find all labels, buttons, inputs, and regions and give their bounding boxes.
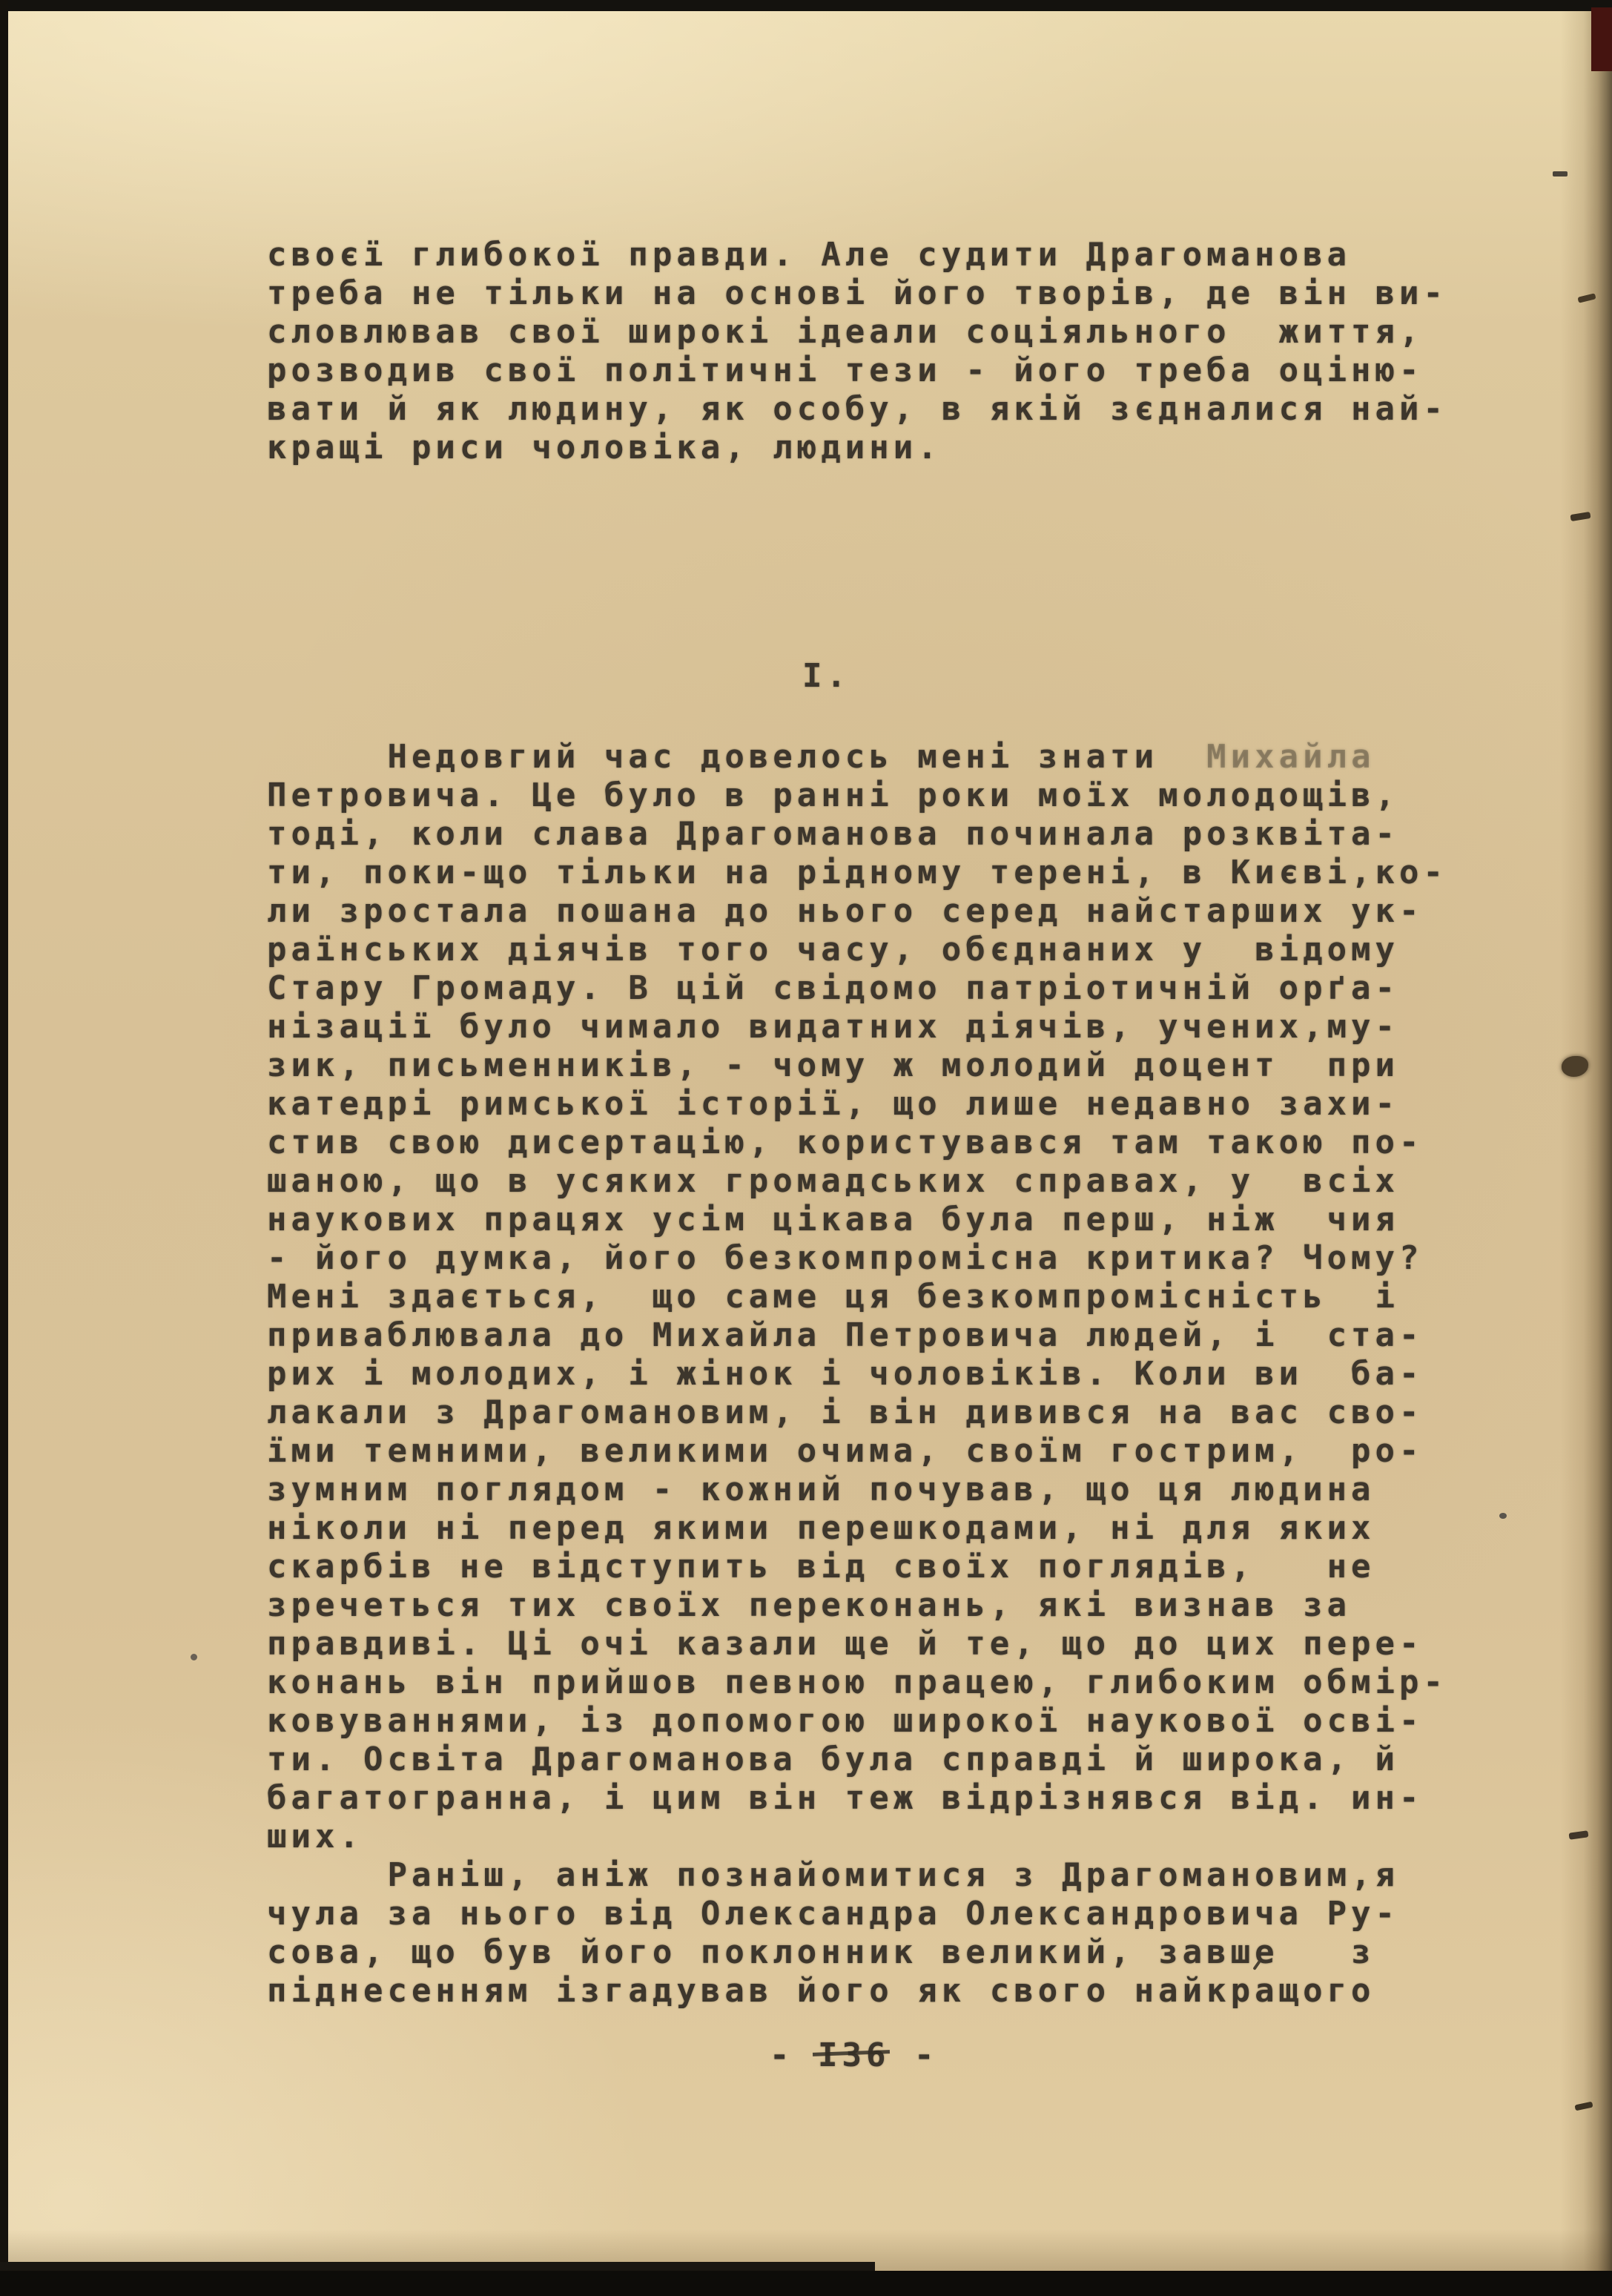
- text-line: сова, що був його поклонник великий, зав…: [267, 1933, 1399, 1972]
- scan-border-bottom: [0, 2271, 1612, 2296]
- text-line: треба не тільки на основі його творів, д…: [267, 274, 1447, 313]
- text-line: Раніш, аніж познайомитися з Драгомановим…: [267, 1856, 1399, 1895]
- text-line: ніколи ні перед якими перешкодами, ні дл…: [267, 1509, 1447, 1548]
- text-line: розводив свої політичні тези - його треб…: [267, 352, 1447, 390]
- section-heading: І.: [802, 657, 850, 696]
- paragraph-3: Раніш, аніж познайомитися з Драгомановим…: [267, 1856, 1399, 2010]
- margin-dash-artifact: [1553, 171, 1568, 177]
- text-line: багатогранна, і цим він теж відрізнявся …: [267, 1779, 1447, 1818]
- scan-border-left: [0, 0, 8, 2296]
- paper-speck: [1499, 1513, 1507, 1519]
- text-line: зумним поглядом - кожний почував, що ця …: [267, 1471, 1447, 1509]
- binding-corner: [1591, 7, 1612, 71]
- text-line: зик, письменників, - чому ж молодий доце…: [267, 1046, 1447, 1085]
- text-line: вати й як людину, як особу, в якій зєдна…: [267, 390, 1447, 429]
- paragraph-2: Недовгий час довелось мені знати Михайла…: [267, 738, 1447, 1856]
- text-line: Петровича. Це було в ранні роки моїх мол…: [267, 776, 1447, 815]
- text-line: тоді, коли слава Драгоманова починала ро…: [267, 815, 1447, 854]
- text-line: конань він прийшов певною працею, глибок…: [267, 1663, 1447, 1702]
- paragraph-1: своєї глибокої правди. Але судити Драгом…: [267, 236, 1447, 467]
- text-line: приваблювала до Михайла Петровича людей,…: [267, 1316, 1447, 1355]
- text-line: піднесенням ізгадував його як свого найк…: [267, 1972, 1399, 2010]
- text-line: лакали з Драгомановим, і він дивився на …: [267, 1393, 1447, 1432]
- text-line: словлював свої широкі ідеали соціяльного…: [267, 313, 1447, 352]
- page-number: - І36 -: [770, 2036, 938, 2075]
- text-line: кращі риси чоловіка, людини.: [267, 429, 1447, 467]
- text-line: їми темними, великими очима, своїм гостр…: [267, 1432, 1447, 1471]
- paper-speck: [191, 1654, 197, 1660]
- text-line: Недовгий час довелось мені знати Михайла: [267, 738, 1447, 776]
- text-line: наукових працях усім цікава була перш, н…: [267, 1201, 1447, 1239]
- text-line: скарбів не відступить від своїх поглядів…: [267, 1548, 1447, 1586]
- text-line: шаною, що в усяких громадських справах, …: [267, 1162, 1447, 1201]
- text-line: ковуваннями, із допомогою широкої науков…: [267, 1702, 1447, 1741]
- text-segment: Недовгий час довелось мені знати: [267, 738, 1206, 776]
- text-line: рих і молодих, і жінок і чоловіків. Коли…: [267, 1355, 1447, 1393]
- text-line: катедрі римської історії, що лише недавн…: [267, 1085, 1447, 1124]
- text-line: правдиві. Ці очі казали ще й те, що до ц…: [267, 1625, 1447, 1663]
- text-line: нізації було чимало видатних діячів, уче…: [267, 1008, 1447, 1046]
- binding-fold: [1560, 10, 1612, 2271]
- text-line: ли зростала пошана до нього серед найста…: [267, 892, 1447, 931]
- text-line: Мені здається, що саме ця безкомпромісні…: [267, 1278, 1447, 1316]
- text-line: Стару Громаду. В цій свідомо патріотичні…: [267, 969, 1447, 1008]
- text-line: стив свою дисертацію, користувався там т…: [267, 1124, 1447, 1162]
- scanned-page: своєї глибокої правди. Але судити Драгом…: [0, 0, 1612, 2296]
- text-line: своєї глибокої правди. Але судити Драгом…: [267, 236, 1447, 274]
- scan-border-top: [0, 0, 1612, 11]
- faint-word: Михайла: [1206, 738, 1375, 776]
- text-line: ти, поки-що тільки на рідному терені, в …: [267, 854, 1447, 892]
- text-line: чула за нього від Олександра Олександров…: [267, 1895, 1399, 1933]
- text-line: - його думка, його безкомпромісна критик…: [267, 1239, 1447, 1278]
- text-line: раїнських діячів того часу, обєднаних у …: [267, 931, 1447, 969]
- text-line: зречеться тих своїх переконань, які визн…: [267, 1586, 1447, 1625]
- text-line: ших.: [267, 1818, 1447, 1856]
- text-line: ти. Освіта Драгоманова була справді й ши…: [267, 1741, 1447, 1779]
